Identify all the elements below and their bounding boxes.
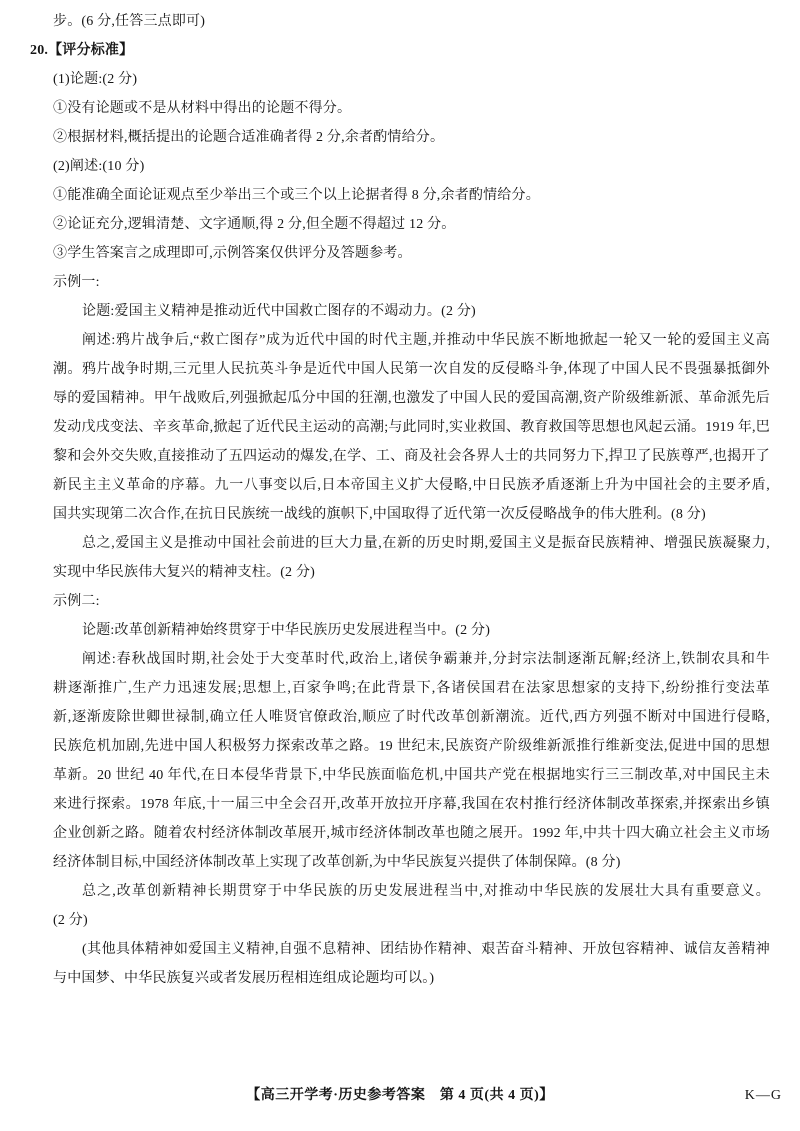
answer-content: 步。(6 分,任答三点即可) 20.【评分标准】 (1)论题:(2 分) ①没有…	[53, 7, 770, 993]
example-1-exposition-line: 国共实现第二次合作,在抗日民族统一战线的旗帜下,中国取得了近代第一次反侵略战争的…	[53, 500, 770, 529]
example-1-exposition-line: 阐述:鸦片战争后,“救亡图存”成为近代中国的时代主题,并推动中华民族不断地掀起一…	[53, 326, 770, 355]
example-2-exposition-line: 企业创新之路。随着农村经济体制改革展开,城市经济体制改革也随之展开。1992 年…	[53, 819, 770, 848]
example-2-conclusion-score: (2 分)	[53, 906, 770, 935]
alternative-note-line: (其他具体精神如爱国主义精神,自强不息精神、团结协作精神、艰苦奋斗精神、开放包容…	[53, 935, 770, 964]
example-1-exposition-line: 发动戊戌变法、辛亥革命,掀起了近代民主运动的高潮;与此同时,实业救国、教育救国等…	[53, 413, 770, 442]
question-20-heading: 20.【评分标准】	[30, 36, 770, 65]
prev-answer-tail: 步。(6 分,任答三点即可)	[53, 7, 770, 36]
example-2-exposition-line: 新,逐渐废除世卿世禄制,确立任人唯贤官僚政治,顺应了时代改革创新潮流。近代,西方…	[53, 703, 770, 732]
example-2-exposition-line: 经济体制目标,中国经济体制改革上实现了改革创新,为中华民族复兴提供了体制保障。(…	[53, 848, 770, 877]
rubric-exposition-heading: (2)阐述:(10 分)	[53, 152, 770, 181]
rubric-thesis-heading: (1)论题:(2 分)	[53, 65, 770, 94]
example-1-thesis: 论题:爱国主义精神是推动近代中国救亡图存的不竭动力。(2 分)	[53, 297, 770, 326]
example-1-conclusion-line: 实现中华民族伟大复兴的精神支柱。(2 分)	[53, 558, 770, 587]
example-2-exposition-line: 来进行探索。1978 年底,十一届三中全会召开,改革开放拉开序幕,我国在农村推行…	[53, 790, 770, 819]
example-1-exposition-line: 黎和会外交失败,直接推动了五四运动的爆发,在学、工、商及社会各界人士的共同努力下…	[53, 442, 770, 471]
page-footer: 【高三开学考·历史参考答案 第 4 页(共 4 页)】 K—G	[0, 1084, 800, 1108]
example-2-exposition-line: 革新。20 世纪 40 年代,在日本侵华背景下,中华民族面临危机,中国共产党在根…	[53, 761, 770, 790]
example-1-exposition-line: 潮。鸦片战争时期,三元里人民抗英斗争是近代中国人民第一次自发的反侵略斗争,体现了…	[53, 355, 770, 384]
paper-code: K—G	[745, 1084, 782, 1108]
rubric-thesis-rule-2: ②根据材料,概括提出的论题合适准确者得 2 分,余者酌情给分。	[53, 123, 770, 152]
example-2-exposition-line: 阐述:春秋战国时期,社会处于大变革时代,政治上,诸侯争霸兼并,分封宗法制逐渐瓦解…	[53, 645, 770, 674]
rubric-exposition-rule-2: ②论证充分,逻辑清楚、文字通顺,得 2 分,但全题不得超过 12 分。	[53, 210, 770, 239]
example-1-conclusion-line: 总之,爱国主义是推动中国社会前进的巨大力量,在新的历史时期,爱国主义是振奋民族精…	[53, 529, 770, 558]
rubric-thesis-rule-1: ①没有论题或不是从材料中得出的论题不得分。	[53, 94, 770, 123]
example-2-exposition-line: 民族危机加剧,先进中国人积极努力探索改革之路。19 世纪末,民族资产阶级维新派推…	[53, 732, 770, 761]
example-1-exposition-line: 辱的爱国精神。甲午战败后,列强掀起瓜分中国的狂潮,也激发了中国人民的爱国高潮,资…	[53, 384, 770, 413]
example-2-label: 示例二:	[53, 587, 770, 616]
rubric-exposition-rule-3: ③学生答案言之成理即可,示例答案仅供评分及答题参考。	[53, 239, 770, 268]
footer-title: 【高三开学考·历史参考答案 第 4 页(共 4 页)】	[246, 1088, 554, 1103]
example-2-exposition-line: 耕逐渐推广,生产力迅速发展;思想上,百家争鸣;在此背景下,各诸侯国君在法家思想家…	[53, 674, 770, 703]
example-2-conclusion-line: 总之,改革创新精神长期贯穿于中华民族的历史发展进程当中,对推动中华民族的发展壮大…	[53, 877, 770, 906]
rubric-exposition-rule-1: ①能准确全面论证观点至少举出三个或三个以上论据者得 8 分,余者酌情给分。	[53, 181, 770, 210]
example-1-label: 示例一:	[53, 268, 770, 297]
answer-sheet-page: 步。(6 分,任答三点即可) 20.【评分标准】 (1)论题:(2 分) ①没有…	[0, 0, 800, 1131]
example-1-exposition-line: 新民主主义革命的序幕。九一八事变以后,日本帝国主义扩大侵略,中日民族矛盾逐渐上升…	[53, 471, 770, 500]
alternative-note-line: 与中国梦、中华民族复兴或者发展历程相连组成论题均可以。)	[53, 964, 770, 993]
example-2-thesis: 论题:改革创新精神始终贯穿于中华民族历史发展进程当中。(2 分)	[53, 616, 770, 645]
